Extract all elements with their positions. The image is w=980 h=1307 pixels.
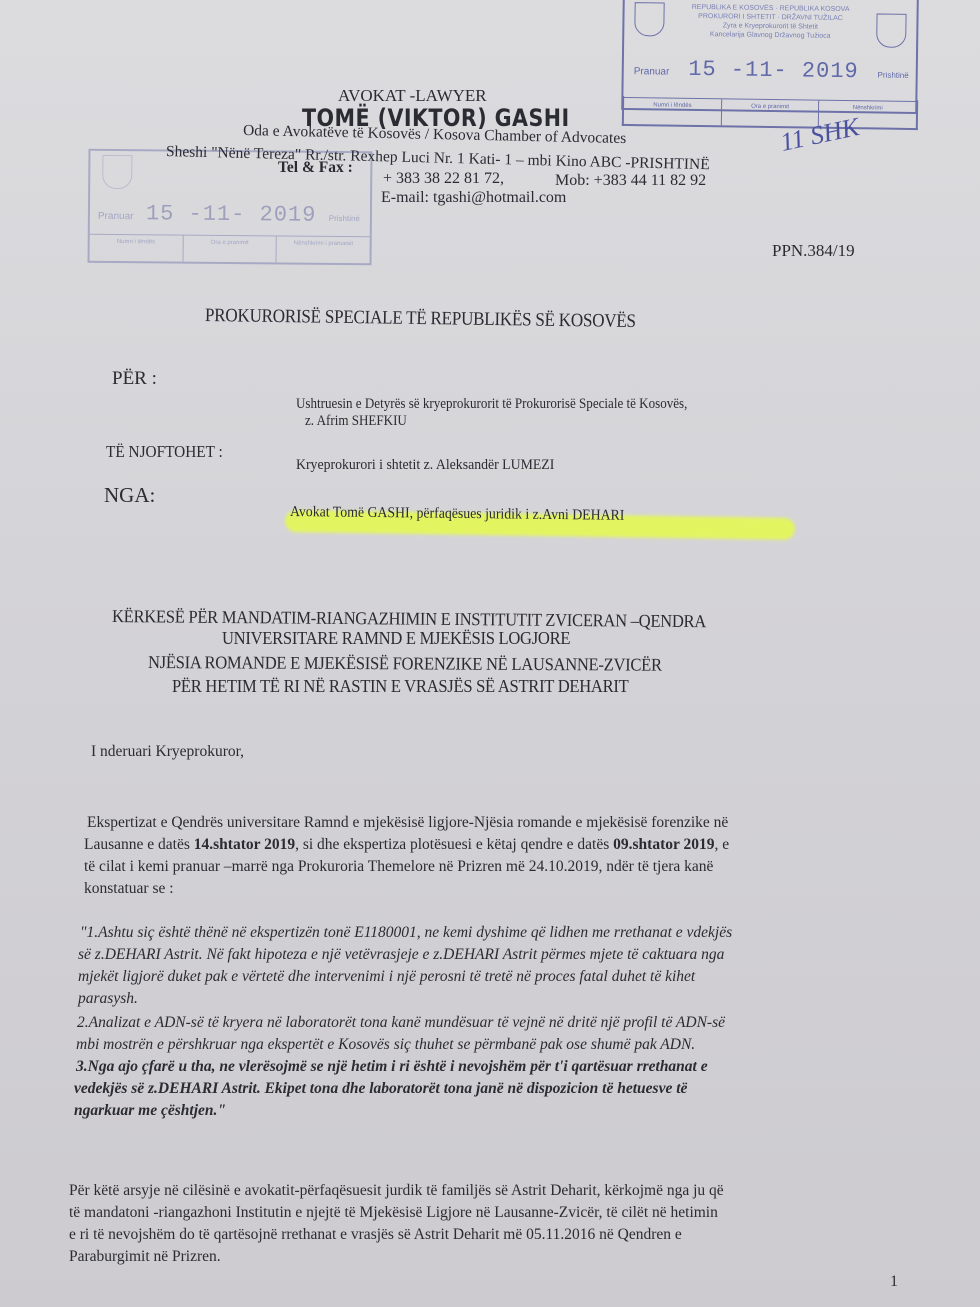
field-value-per-line2: z. Afrim SHEFKIU: [305, 413, 407, 430]
quote-line7: 3.Nga ajo çfarë u tha, ne vlerësojmë se …: [76, 1056, 708, 1078]
subject-line-4: PËR HETIM TË RI NË RASTIN E VRASJËS SË A…: [172, 676, 628, 697]
quote-line3: mjekët ligjorë duket pak e vërtetë dhe i…: [78, 966, 695, 988]
paragraph1-line1: Ekspertizat e Qendrës universitare Ramnd…: [87, 812, 728, 834]
field-label-njoftohet: TË NJOFTOHET :: [106, 442, 223, 462]
page-number: 1: [890, 1273, 898, 1291]
field-label-nga: NGA:: [104, 483, 155, 508]
paragraph2-line1: Për këtë arsyje në cilësinë e avokatit-p…: [69, 1180, 724, 1202]
paragraph2-line3: e ri të nevojshëm do të qartësojnë rreth…: [69, 1224, 682, 1246]
paragraph1-line4: konstatuar se :: [84, 878, 174, 900]
scanned-letter-page: REPUBLIKA E KOSOVËS · REPUBLIKA KOSOVA P…: [0, 0, 980, 1307]
paragraph2-line4: Paraburgimit në Prizren.: [69, 1246, 221, 1268]
stamp-date: 15 -11- 2019: [688, 57, 859, 84]
stamp-location: Prishtinë: [878, 71, 909, 80]
field-value-per-line1: Ushtruesin e Detyrës së kryeprokurorit t…: [296, 396, 687, 413]
case-reference: PPN.384/19: [772, 241, 855, 261]
quote-line2: së z.DEHARI Astrit. Në fakt hipoteza e n…: [78, 944, 724, 966]
salutation: I nderuari Kryeprokuror,: [91, 741, 244, 763]
field-value-njoftohet: Kryeprokurori i shtetit z. Aleksandër LU…: [296, 457, 554, 474]
kosovo-crest-icon: [102, 155, 132, 189]
quote-line5: 2.Analizat e ADN-së të kryera në laborat…: [77, 1012, 725, 1034]
quote-line6: mbi mostrën e përshkruar nga ekspertët e…: [76, 1034, 695, 1056]
quote-line9: ngarkuar me çështjen.": [74, 1100, 226, 1122]
stamp-received-label: Pranuar: [634, 66, 670, 77]
quote-line4: parasysh.: [78, 988, 138, 1010]
quote-line1: "1.Ashtu siç është thënë në ekspertizën …: [80, 922, 732, 944]
letterhead-mobile: Mob: +383 44 11 82 92: [555, 172, 706, 190]
paragraph2-line2: të mandatoni -riangazhoni Institutin e n…: [69, 1202, 718, 1224]
letterhead-profession: AVOKAT -LAWYER: [338, 86, 487, 106]
paragraph1-line3: të cilat i kemi pranuar –marrë nga Proku…: [84, 856, 713, 878]
stamp-date: 15 -11- 2019: [146, 201, 317, 227]
subject-line-3: NJËSIA ROMANDE E MJEKËSISË FORENZIKE NË …: [148, 652, 662, 676]
stamp-header: REPUBLIKA E KOSOVËS · REPUBLIKA KOSOVA P…: [624, 0, 917, 42]
field-label-per: PËR :: [112, 368, 157, 390]
paragraph1-line2: Lausanne e datës 14.shtator 2019, si dhe…: [84, 834, 729, 856]
addressee-heading: PROKURORISË SPECIALE TË REPUBLIKËS SË KO…: [205, 305, 636, 333]
stamp-cells-right: Numri i lëndës Ora e pranimit Nënshkrimi: [622, 96, 918, 130]
letterhead-tel: + 383 38 22 81 72,: [383, 170, 504, 188]
letterhead-tel-label: Tel & Fax :: [278, 159, 353, 177]
letterhead-email: E-mail: tgashi@hotmail.com: [381, 189, 566, 207]
subject-line-2: UNIVERSITARE RAMND E MJEKËSIS LOGJORE: [222, 628, 570, 649]
quote-line8: vedekjës së z.DEHARI Astrit. Ekipet tona…: [74, 1078, 687, 1100]
